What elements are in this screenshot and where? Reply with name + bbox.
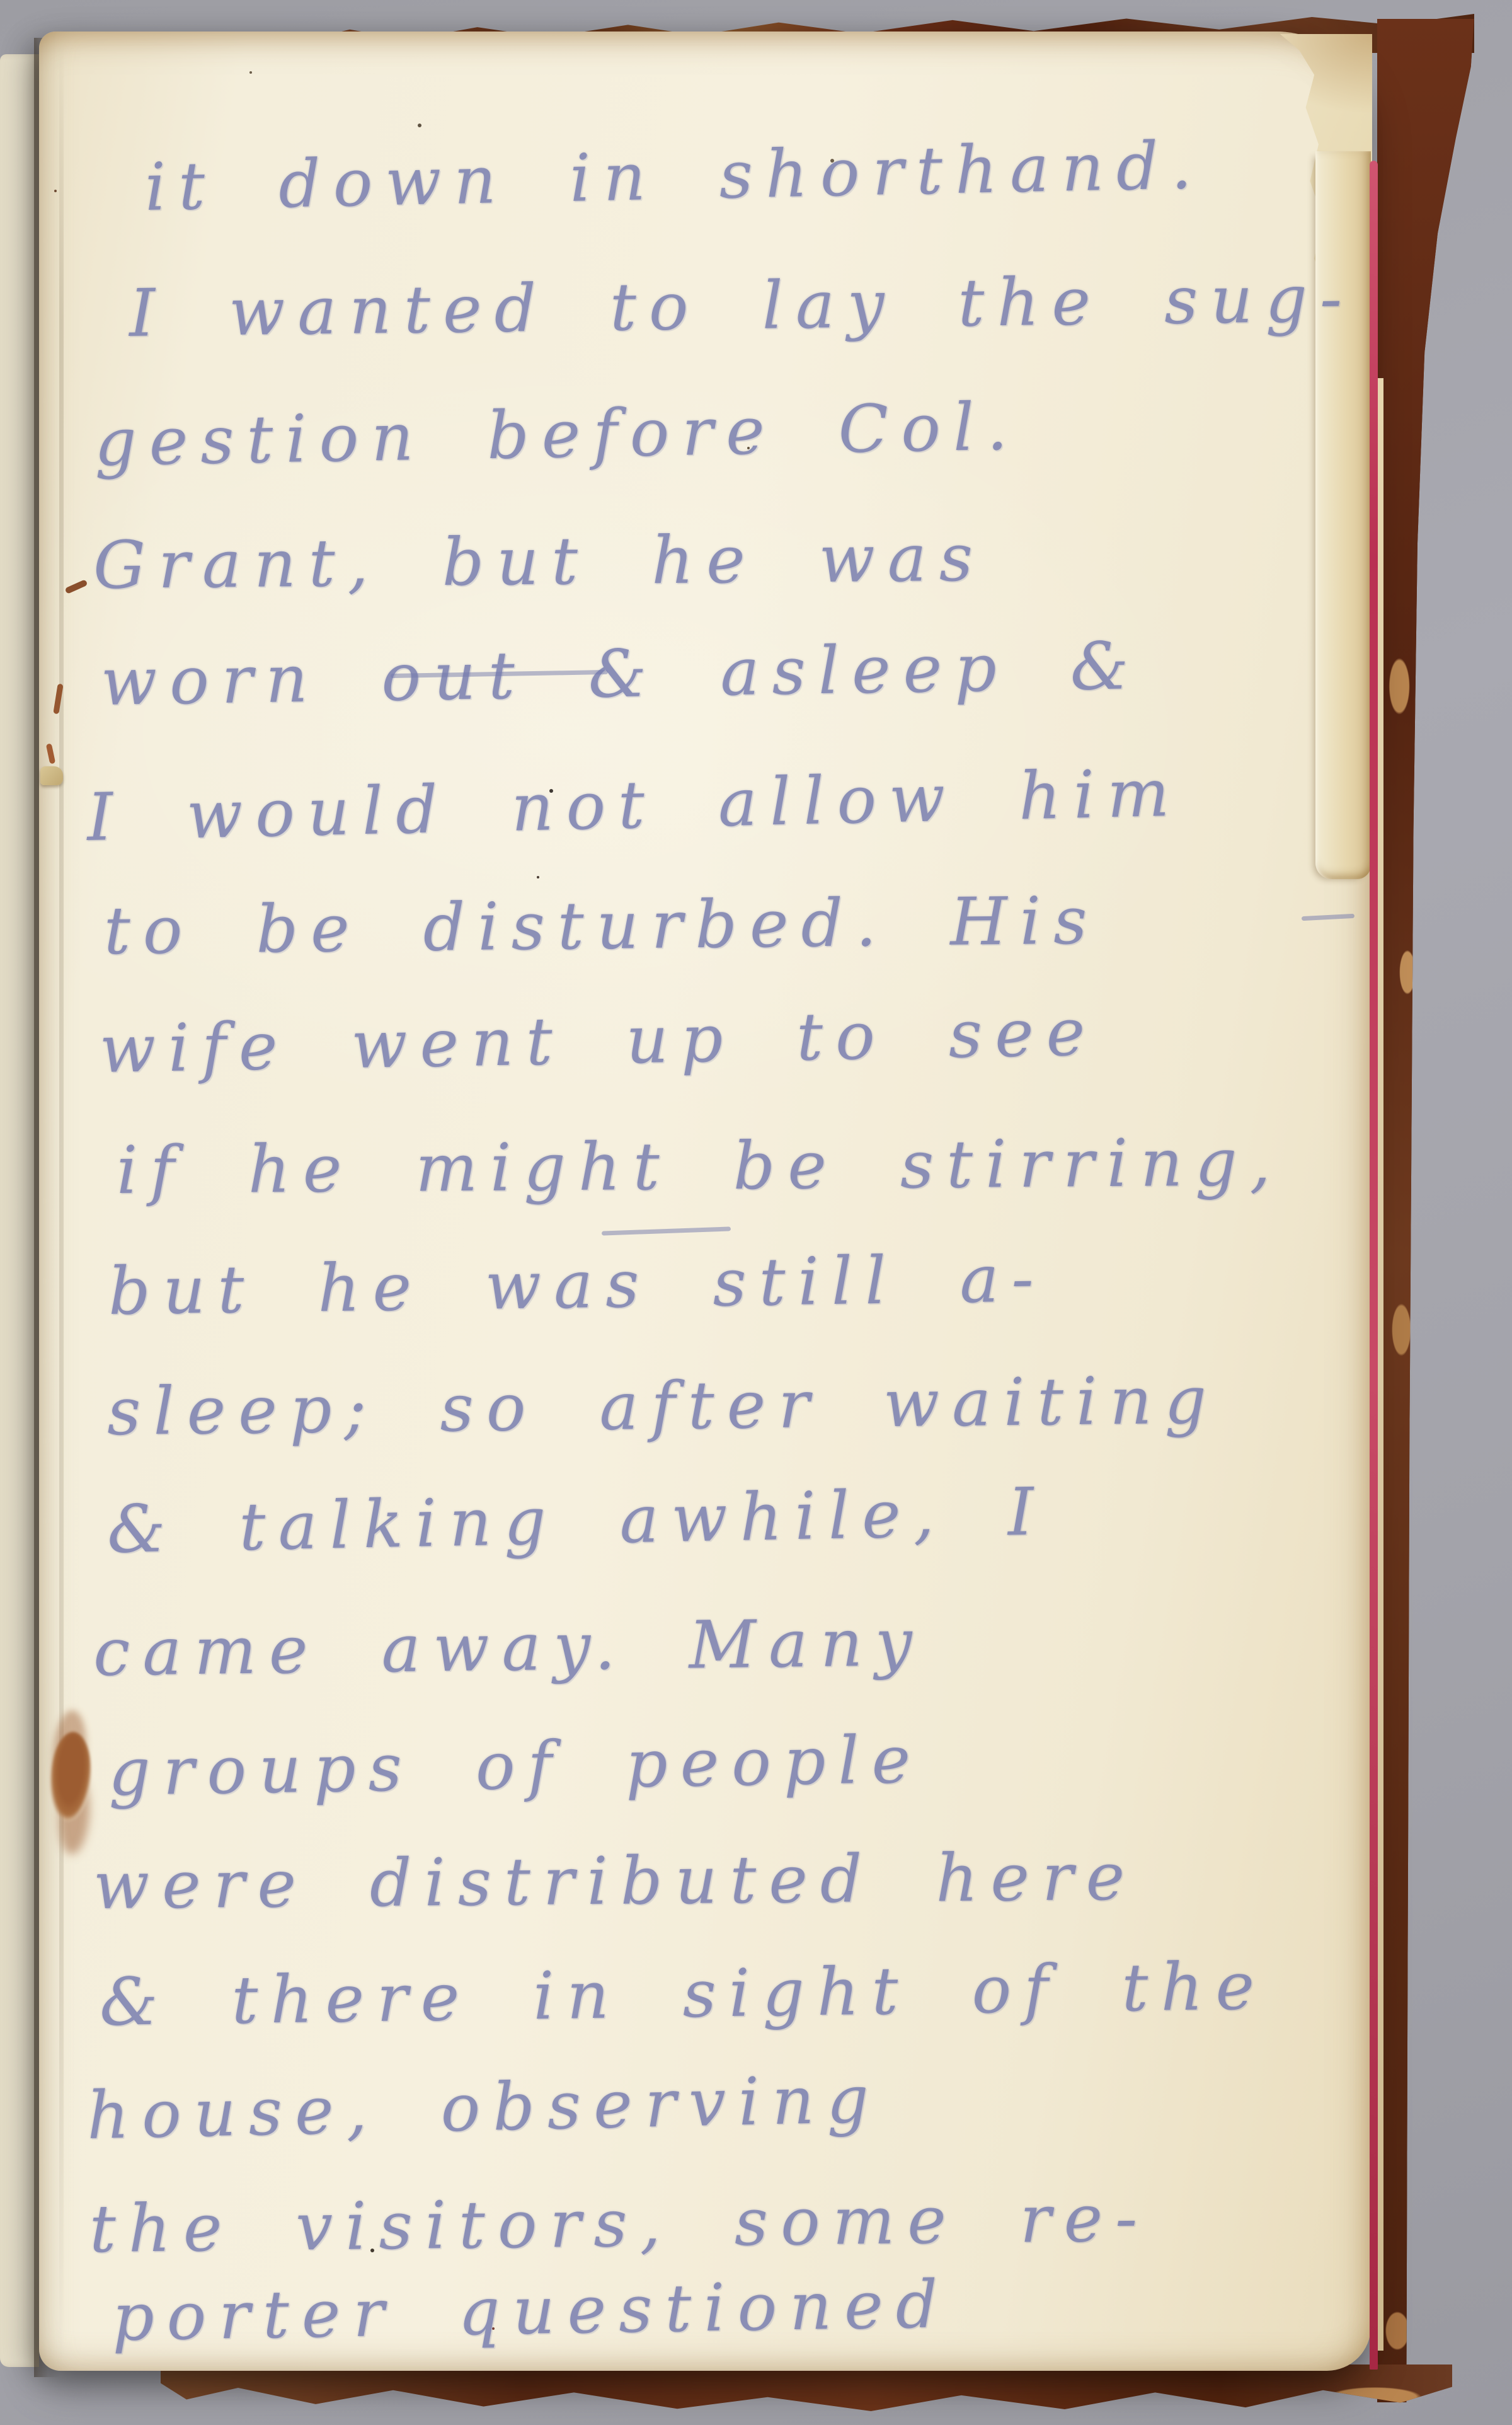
manuscript-line: but he was still a-	[108, 1245, 1046, 1324]
manuscript-line: gestion before Col.	[94, 393, 1021, 475]
red-tinted-page-edge	[1370, 161, 1378, 2370]
page-crease	[59, 44, 64, 2351]
photo-of-notebook-page: it down in shorthand. I wanted to lay th…	[0, 0, 1512, 2425]
manuscript-line: if he might be stirring,	[117, 1129, 1283, 1203]
manuscript-line: I wanted to lay the sug-	[129, 265, 1354, 346]
leather-cover-spine-edge	[1377, 19, 1478, 2402]
manuscript-line: & talking awhile, I	[106, 1478, 1047, 1562]
manuscript-line: sleep; so after waiting	[106, 1368, 1219, 1444]
manuscript-line: wife went up to see	[99, 999, 1098, 1082]
manuscript-line: came away. Many	[93, 1610, 925, 1685]
manuscript-line: to be disturbed. His	[103, 887, 1099, 964]
manuscript-line: groups of people	[108, 1727, 924, 1805]
manuscript-line: were distributed here	[93, 1844, 1138, 1918]
adjacent-page-sliver	[0, 54, 39, 2367]
page-block-edge	[1378, 378, 1383, 2351]
manuscript-line: porter questioned	[112, 2271, 951, 2350]
manuscript-line: the visitors, some re-	[89, 2185, 1150, 2262]
paper-damage-spot	[40, 766, 63, 785]
leather-cover-bottom-edge	[161, 2365, 1452, 2411]
manuscript-line: worn out & asleep &	[100, 633, 1142, 715]
manuscript-line: house, observing	[86, 2066, 882, 2148]
manuscript-line: & there in sight of the	[99, 1953, 1267, 2035]
paper-specks	[418, 124, 421, 127]
manuscript-line: Grant, but he was	[93, 525, 986, 598]
